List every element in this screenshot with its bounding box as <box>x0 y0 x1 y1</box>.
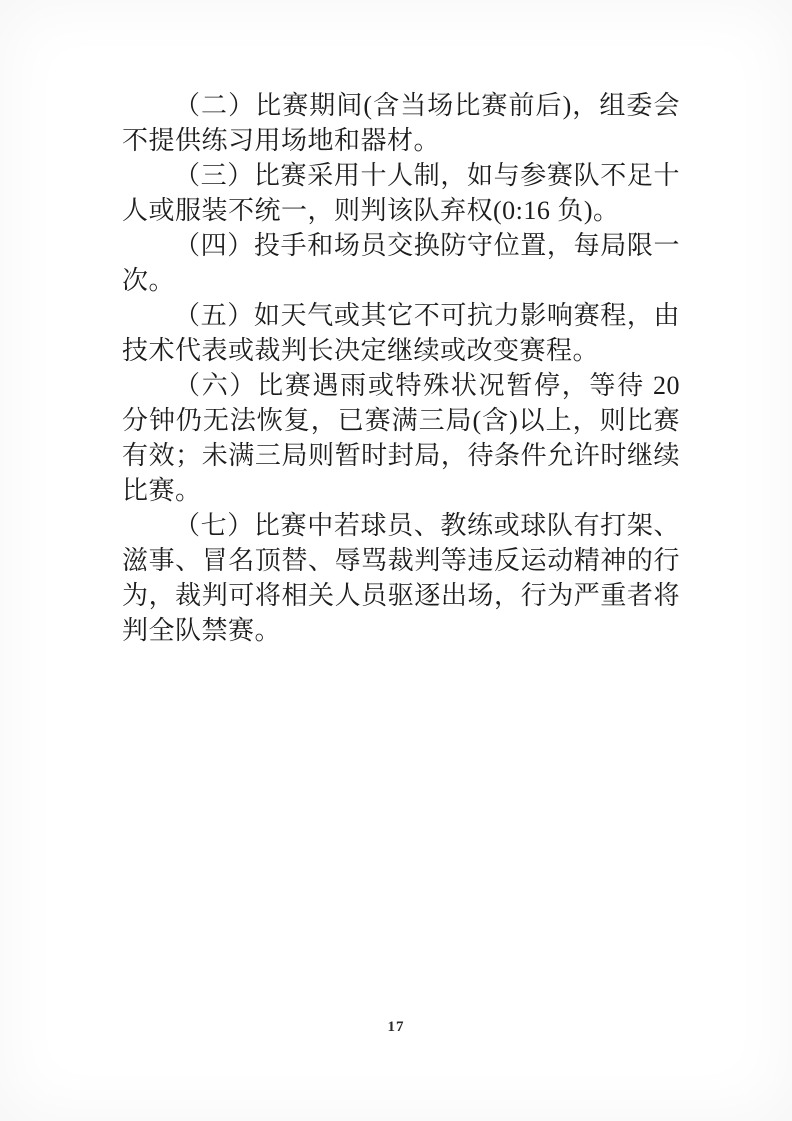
paragraph-item-7: （七）比赛中若球员、教练或球队有打架、滋事、冒名顶替、辱骂裁判等违反运动精神的行… <box>122 508 680 648</box>
paragraph-item-5: （五）如天气或其它不可抗力影响赛程，由技术代表或裁判长决定继续或改变赛程。 <box>122 298 680 368</box>
paragraph-item-2: （二）比赛期间(含当场比赛前后)，组委会不提供练习用场地和器材。 <box>122 88 680 158</box>
paragraph-item-4: （四）投手和场员交换防守位置，每局限一次。 <box>122 228 680 298</box>
page-number: 17 <box>388 1019 405 1035</box>
body-text: （二）比赛期间(含当场比赛前后)，组委会不提供练习用场地和器材。 （三）比赛采用… <box>122 88 680 648</box>
paragraph-item-3: （三）比赛采用十人制，如与参赛队不足十人或服装不统一，则判该队弃权(0:16 负… <box>122 158 680 228</box>
document-page: （二）比赛期间(含当场比赛前后)，组委会不提供练习用场地和器材。 （三）比赛采用… <box>0 0 792 1121</box>
paragraph-item-6: （六）比赛遇雨或特殊状况暂停，等待 20 分钟仍无法恢复，已赛满三局(含)以上，… <box>122 368 680 508</box>
page-footer: 17 <box>0 1018 792 1036</box>
